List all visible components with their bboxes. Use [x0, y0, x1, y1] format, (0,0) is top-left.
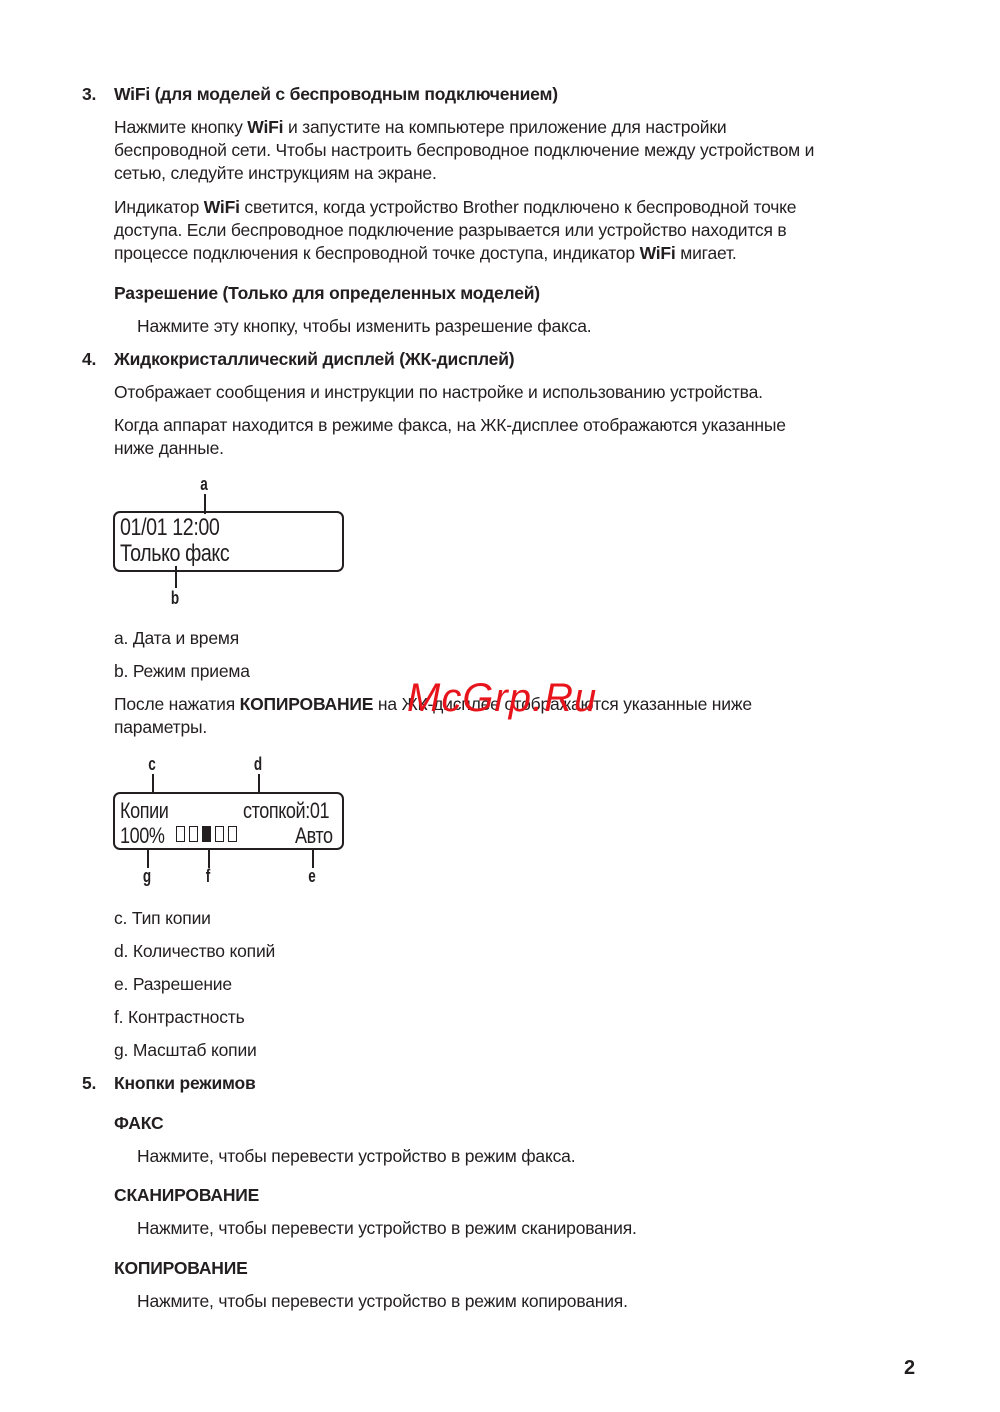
- text: светится, когда устройство Brother подкл…: [240, 197, 797, 217]
- lcd-copy-type: Копии: [120, 798, 168, 824]
- legend-e: e. Разрешение: [114, 972, 232, 996]
- callout-g: g: [140, 866, 155, 887]
- legend-a: a. Дата и время: [114, 626, 239, 650]
- wifi-keyword: WiFi: [247, 117, 283, 137]
- lcd-datetime: 01/01 12:00: [120, 515, 219, 541]
- page-number: 2: [904, 1357, 915, 1380]
- resolution-subheading: Разрешение (Только для определенных моде…: [114, 281, 540, 305]
- watermark: McGrp.Ru: [407, 676, 597, 721]
- lcd-receive-mode: Только факс: [120, 541, 229, 567]
- section-3-para2-line2: доступа. Если беспроводное подключение р…: [114, 218, 787, 242]
- contrast-cell: [202, 826, 211, 842]
- callout-b: b: [168, 588, 183, 609]
- section-4-number: 4.: [82, 347, 96, 371]
- scan-heading: СКАНИРОВАНИЕ: [114, 1183, 259, 1207]
- section-3-title: WiFi (для моделей с беспроводным подключ…: [114, 82, 558, 106]
- section-3-para1-line2: беспроводной сети. Чтобы настроить беспр…: [114, 138, 814, 162]
- callout-g-line: [147, 848, 149, 868]
- section-4-para1: Отображает сообщения и инструкции по нас…: [114, 380, 763, 404]
- copy-text: Нажмите, чтобы перевести устройство в ре…: [137, 1289, 628, 1313]
- section-3-number: 3.: [82, 82, 96, 106]
- section-4-para2-line2: ниже данные.: [114, 436, 224, 460]
- lcd-resolution: Авто: [295, 823, 333, 849]
- text: процессе подключения к беспроводной точк…: [114, 243, 640, 263]
- legend-f: f. Контрастность: [114, 1005, 245, 1029]
- fax-heading: ФАКС: [114, 1111, 163, 1135]
- callout-c: c: [145, 754, 160, 775]
- callout-f: f: [201, 866, 216, 887]
- callout-a: a: [197, 474, 212, 495]
- section-3-para1-line3: сетью, следуйте инструкциям на экране.: [114, 161, 437, 185]
- callout-e-line: [312, 848, 314, 868]
- text: После нажатия: [114, 694, 240, 714]
- text: Нажмите кнопку: [114, 117, 247, 137]
- legend-d: d. Количество копий: [114, 939, 275, 963]
- copy-keyword: КОПИРОВАНИЕ: [240, 694, 374, 714]
- fax-text: Нажмите, чтобы перевести устройство в ре…: [137, 1144, 575, 1168]
- callout-d-line: [258, 774, 260, 794]
- wifi-keyword: WiFi: [204, 197, 240, 217]
- section-3-para2-line1: Индикатор WiFi светится, когда устройств…: [114, 195, 796, 219]
- legend-g: g. Масштаб копии: [114, 1038, 257, 1062]
- section-5-number: 5.: [82, 1071, 96, 1095]
- text: Индикатор: [114, 197, 204, 217]
- section-4-para3-line2: параметры.: [114, 715, 207, 739]
- lcd-copy-count: стопкой:01: [243, 798, 329, 824]
- wifi-keyword: WiFi: [640, 243, 676, 263]
- lcd-zoom: 100%: [120, 823, 165, 849]
- text: мигает.: [676, 243, 737, 263]
- legend-c: c. Тип копии: [114, 906, 211, 930]
- section-3-para1-line1: Нажмите кнопку WiFi и запустите на компь…: [114, 115, 726, 139]
- callout-b-line: [175, 566, 177, 588]
- lcd-screen-fax: 01/01 12:00 Только факс: [113, 511, 344, 572]
- lcd-screen-copy: Копии стопкой:01 100% Авто: [113, 792, 344, 850]
- section-4-title: Жидкокристаллический дисплей (ЖК-дисплей…: [114, 347, 514, 371]
- copy-heading: КОПИРОВАНИЕ: [114, 1256, 248, 1280]
- callout-d: d: [251, 754, 266, 775]
- section-5-title: Кнопки режимов: [114, 1071, 256, 1095]
- contrast-cell: [189, 826, 198, 842]
- contrast-cell: [176, 826, 185, 842]
- text: и запустите на компьютере приложение для…: [283, 117, 726, 137]
- section-3-para2-line3: процессе подключения к беспроводной точк…: [114, 241, 736, 265]
- legend-b: b. Режим приема: [114, 659, 250, 683]
- resolution-text: Нажмите эту кнопку, чтобы изменить разре…: [137, 314, 591, 338]
- contrast-cell: [228, 826, 237, 842]
- section-4-para2-line1: Когда аппарат находится в режиме факса, …: [114, 413, 786, 437]
- callout-c-line: [152, 774, 154, 794]
- callout-e: e: [305, 866, 320, 887]
- scan-text: Нажмите, чтобы перевести устройство в ре…: [137, 1216, 637, 1240]
- callout-f-line: [208, 848, 210, 868]
- contrast-cell: [215, 826, 224, 842]
